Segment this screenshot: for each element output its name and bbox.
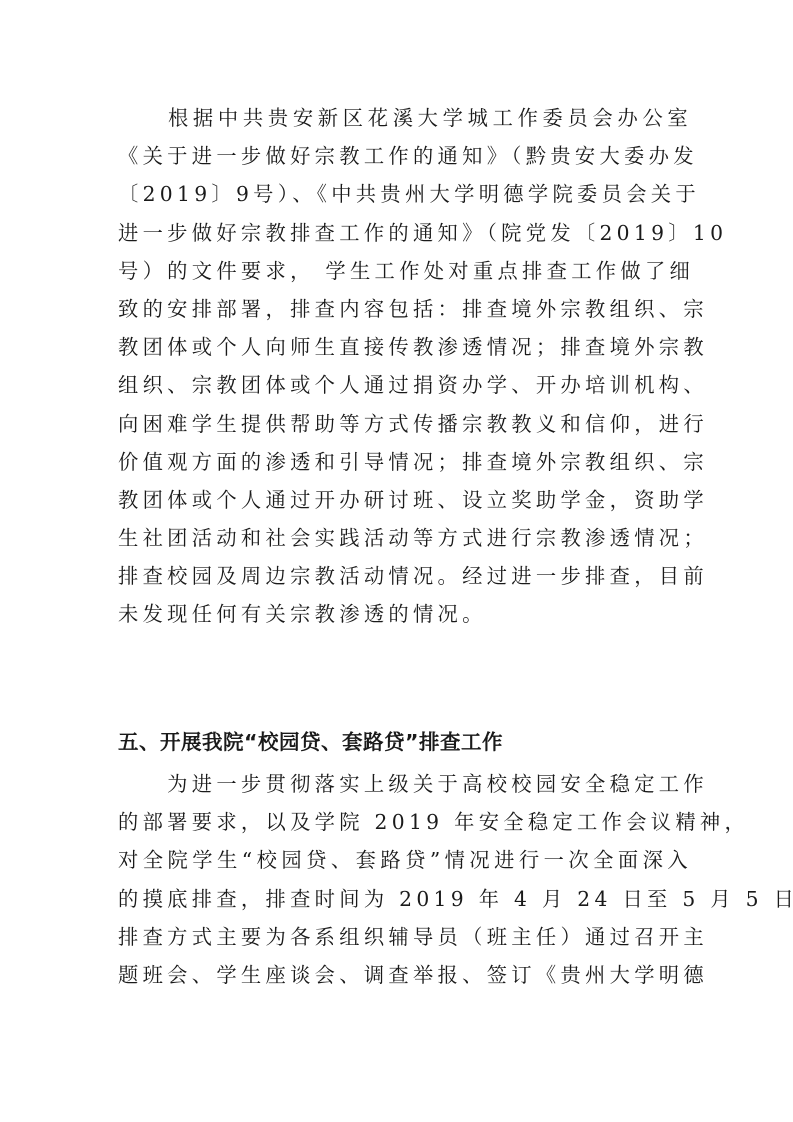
- text-line: 排查校园及周边宗教活动情况。经过进一步排查，目前: [118, 557, 692, 595]
- text-line: 未发现任何有关宗教渗透的情况。: [118, 595, 692, 633]
- religion-screening-paragraph: 根据中共贵安新区花溪大学城工作委员会办公室 《关于进一步做好宗教工作的通知》（黔…: [118, 99, 692, 634]
- text-line: 的部署要求，以及学院 2019 年安全稳定工作会议精神，: [118, 803, 692, 841]
- text-line: 教团体或个人通过开办研讨班、设立奖助学金，资助学: [118, 481, 692, 519]
- text-line: 号）的文件要求， 学生工作处对重点排查工作做了细: [118, 252, 692, 290]
- document-page: 根据中共贵安新区花溪大学城工作委员会办公室 《关于进一步做好宗教工作的通知》（黔…: [0, 0, 793, 1122]
- text-line: 〔2019〕9号）、《中共贵州大学明德学院委员会关于: [118, 175, 692, 213]
- text-line: 向困难学生提供帮助等方式传播宗教教义和信仰，进行: [118, 405, 692, 443]
- text-line: 价值观方面的渗透和引导情况；排查境外宗教组织、宗: [118, 443, 692, 481]
- text-line: 根据中共贵安新区花溪大学城工作委员会办公室: [118, 99, 692, 137]
- text-line: 致的安排部署，排查内容包括：排查境外宗教组织、宗: [118, 290, 692, 328]
- text-line: 题班会、学生座谈会、调查举报、签订《贵州大学明德: [118, 956, 692, 994]
- text-line: 教团体或个人向师生直接传教渗透情况；排查境外宗教: [118, 328, 692, 366]
- campus-loan-screening-paragraph: 为进一步贯彻落实上级关于高校校园安全稳定工作 的部署要求，以及学院 2019 年…: [118, 765, 692, 994]
- text-line: 《关于进一步做好宗教工作的通知》（黔贵安大委办发: [118, 137, 692, 175]
- text-line: 排查方式主要为各系组织辅导员（班主任）通过召开主: [118, 918, 692, 956]
- text-line: 生社团活动和社会实践活动等方式进行宗教渗透情况；: [118, 519, 692, 557]
- text-line: 组织、宗教团体或个人通过捐资办学、开办培训机构、: [118, 366, 692, 404]
- section-heading: 五、开展我院“校园贷、套路贷”排查工作: [118, 724, 503, 760]
- text-line: 对全院学生“校园贷、套路贷”情况进行一次全面深入: [118, 841, 692, 879]
- text-line: 进一步做好宗教排查工作的通知》（院党发〔2019〕10: [118, 214, 692, 252]
- text-line: 为进一步贯彻落实上级关于高校校园安全稳定工作: [118, 765, 692, 803]
- text-line: 的摸底排查，排查时间为 2019 年 4 月 24 日至 5 月 5 日，: [118, 880, 692, 918]
